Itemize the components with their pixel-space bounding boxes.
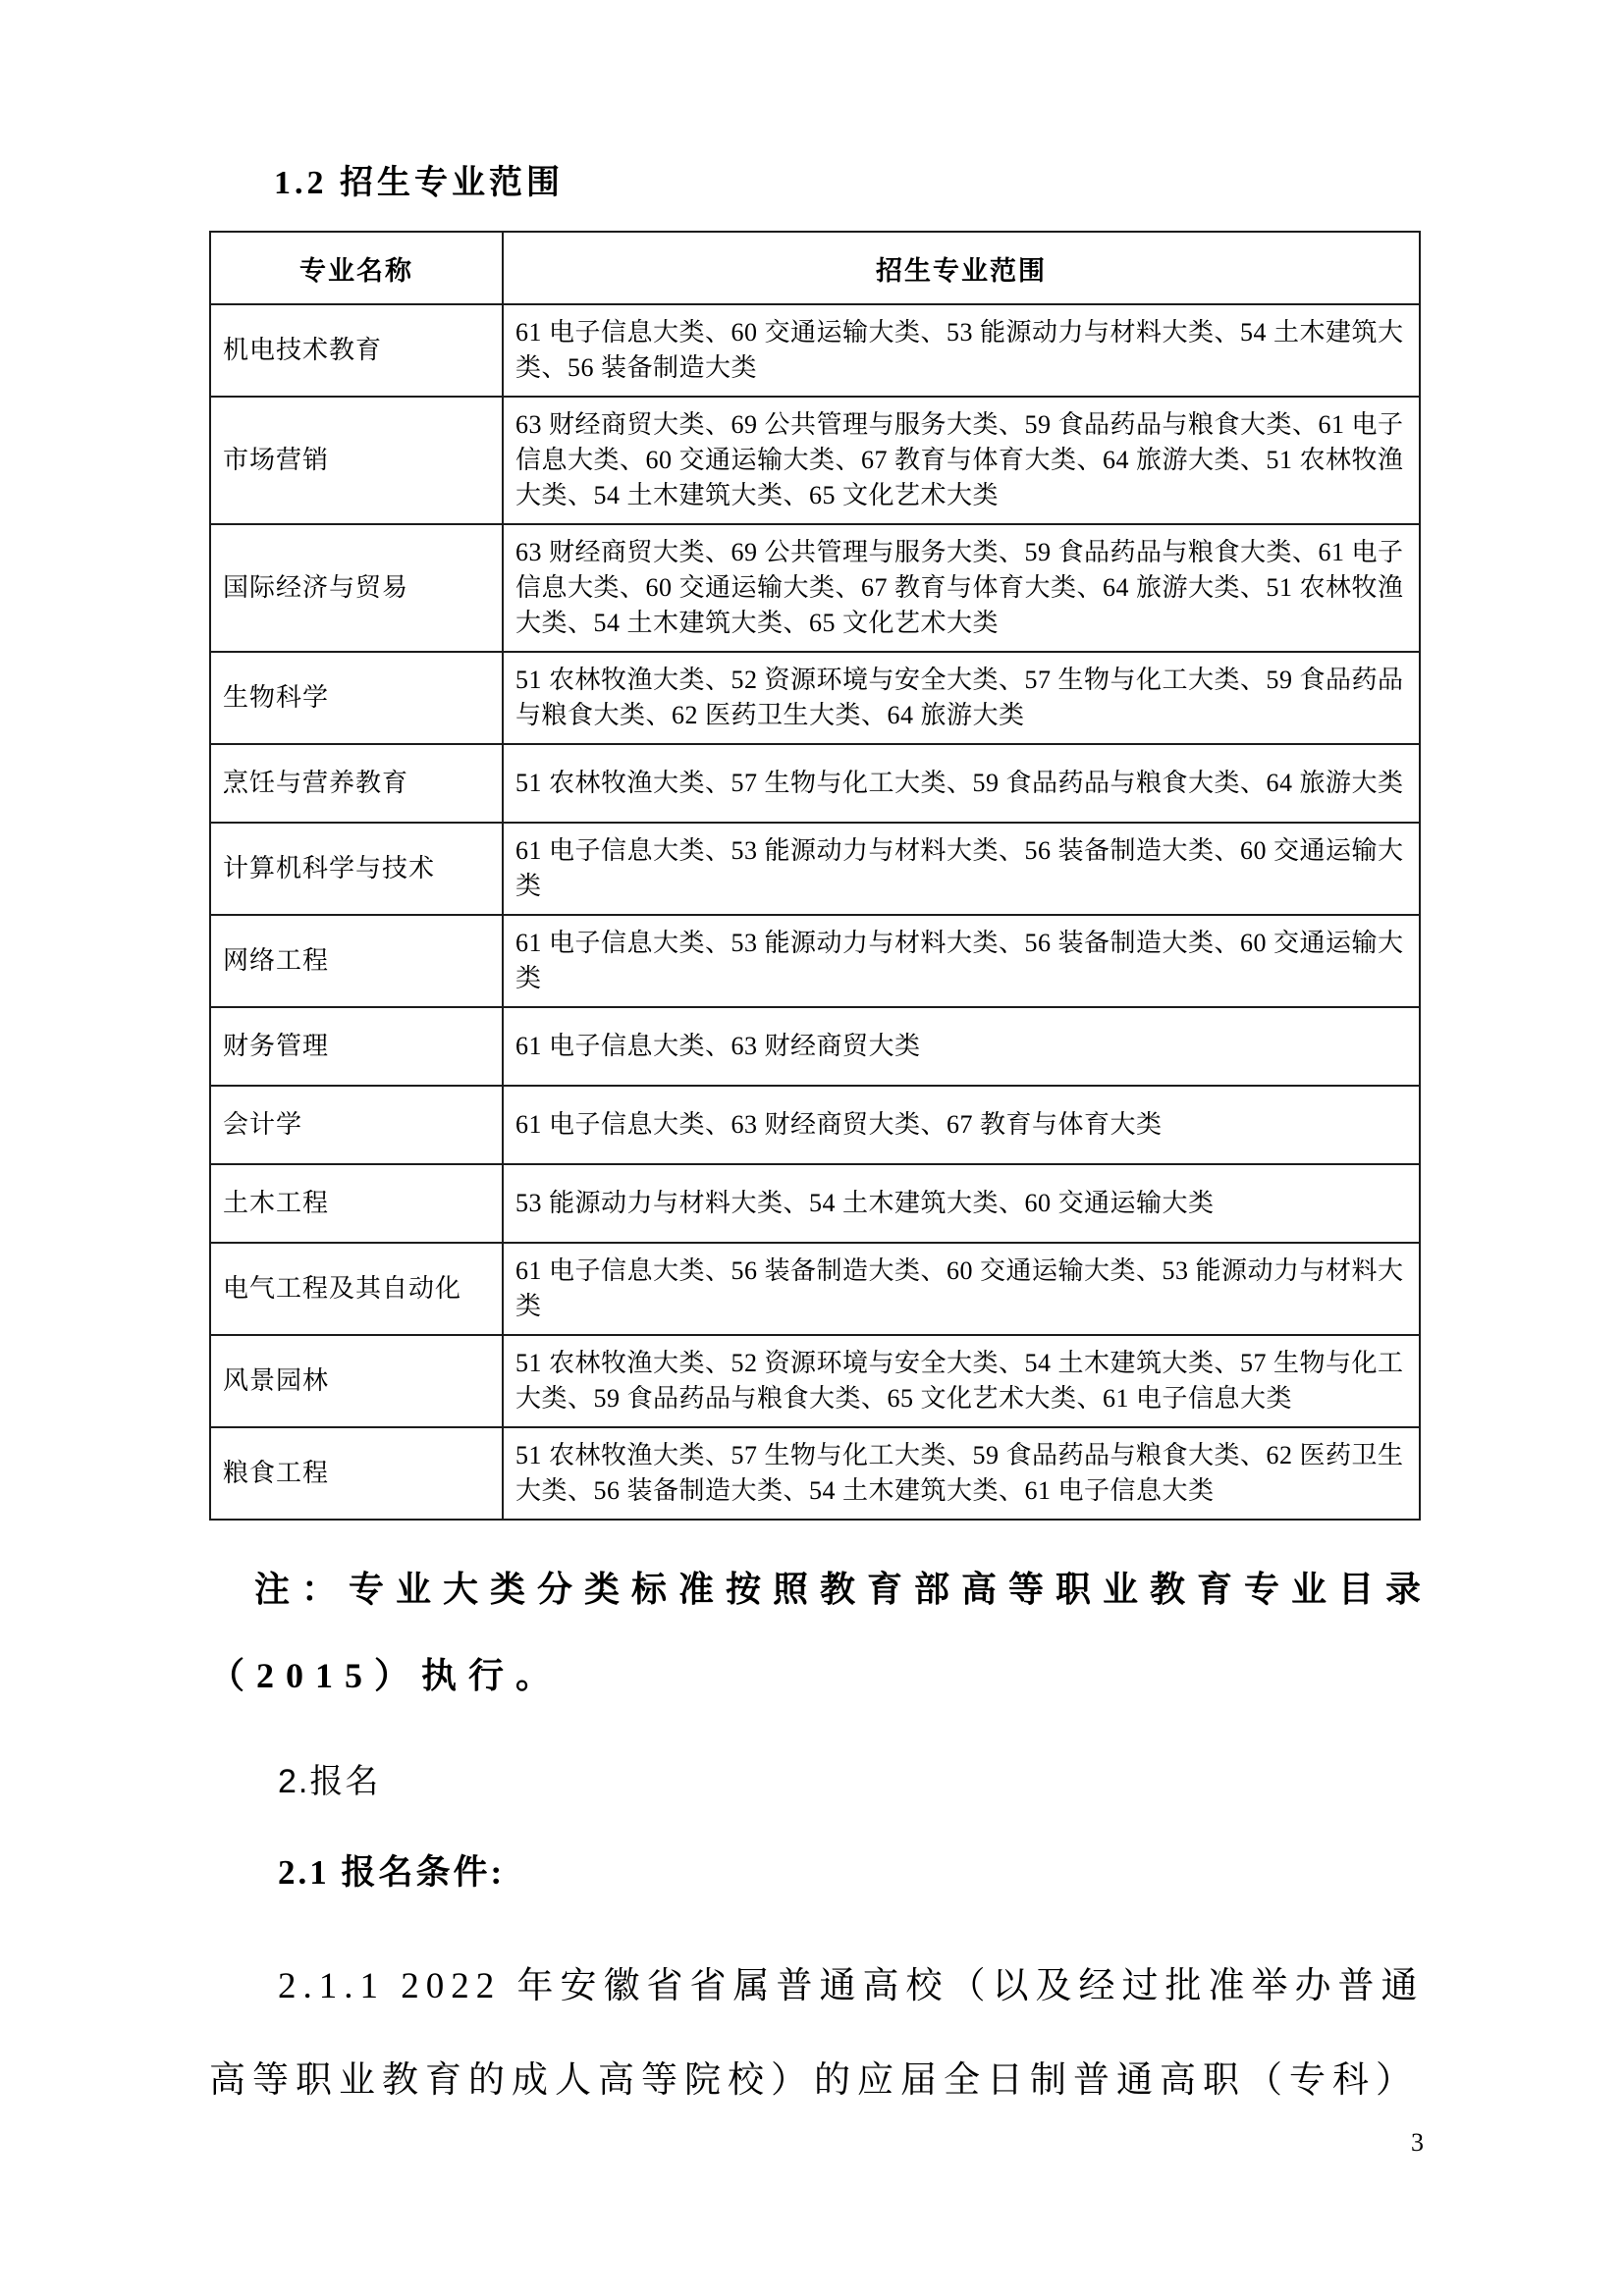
table-row: 粮食工程 51 农林牧渔大类、57 生物与化工大类、59 食品药品与粮食大类、6…: [210, 1427, 1420, 1520]
scope-cell: 61 电子信息大类、63 财经商贸大类: [503, 1007, 1420, 1086]
section-title: 1.2 招生专业范围: [209, 155, 1476, 203]
scope-cell: 51 农林牧渔大类、57 生物与化工大类、59 食品药品与粮食大类、62 医药卫…: [503, 1427, 1420, 1520]
table-row: 生物科学 51 农林牧渔大类、52 资源环境与安全大类、57 生物与化工大类、5…: [210, 652, 1420, 744]
scope-cell: 61 电子信息大类、53 能源动力与材料大类、56 装备制造大类、60 交通运输…: [503, 915, 1420, 1007]
major-cell: 财务管理: [210, 1007, 503, 1086]
major-cell: 计算机科学与技术: [210, 823, 503, 915]
major-cell: 机电技术教育: [210, 304, 503, 397]
scope-cell: 51 农林牧渔大类、57 生物与化工大类、59 食品药品与粮食大类、64 旅游大…: [503, 744, 1420, 823]
table-row: 风景园林 51 农林牧渔大类、52 资源环境与安全大类、54 土木建筑大类、57…: [210, 1335, 1420, 1427]
document-content: 1.2 招生专业范围 专业名称 招生专业范围 机电技术教育 61 电子信息大类、…: [209, 155, 1476, 2128]
section-heading-2: 2.报名: [209, 1754, 1476, 1802]
table-row: 土木工程 53 能源动力与材料大类、54 土木建筑大类、60 交通运输大类: [210, 1164, 1420, 1243]
scope-cell: 51 农林牧渔大类、52 资源环境与安全大类、54 土木建筑大类、57 生物与化…: [503, 1335, 1420, 1427]
table-row: 电气工程及其自动化 61 电子信息大类、56 装备制造大类、60 交通运输大类、…: [210, 1243, 1420, 1335]
table-row: 烹饪与营养教育 51 农林牧渔大类、57 生物与化工大类、59 食品药品与粮食大…: [210, 744, 1420, 823]
note-block: 注：专业大类分类标准按照教育部高等职业教育专业目录 （2015）执行。: [209, 1546, 1476, 1719]
header-major-name: 专业名称: [210, 232, 503, 304]
header-scope: 招生专业范围: [503, 232, 1420, 304]
table-header-row: 专业名称 招生专业范围: [210, 232, 1420, 304]
table-row: 国际经济与贸易 63 财经商贸大类、69 公共管理与服务大类、59 食品药品与粮…: [210, 524, 1420, 652]
note-line-2: （2015）执行。: [209, 1632, 1476, 1719]
major-cell: 网络工程: [210, 915, 503, 1007]
scope-cell: 63 财经商贸大类、69 公共管理与服务大类、59 食品药品与粮食大类、61 电…: [503, 397, 1420, 524]
table-row: 会计学 61 电子信息大类、63 财经商贸大类、67 教育与体育大类: [210, 1086, 1420, 1164]
major-cell: 烹饪与营养教育: [210, 744, 503, 823]
table-row: 网络工程 61 电子信息大类、53 能源动力与材料大类、56 装备制造大类、60…: [210, 915, 1420, 1007]
paragraph-2-1-1: 2.1.1 2022 年安徽省省属普通高校（以及经过批准举办普通 高等职业教育的…: [209, 1940, 1476, 2128]
paragraph-2-1-1-line-1: 2.1.1 2022 年安徽省省属普通高校（以及经过批准举办普通: [209, 1940, 1476, 2034]
scope-cell: 61 电子信息大类、63 财经商贸大类、67 教育与体育大类: [503, 1086, 1420, 1164]
page-number: 3: [1411, 2128, 1424, 2158]
note-line-1: 注：专业大类分类标准按照教育部高等职业教育专业目录: [209, 1546, 1476, 1632]
scope-cell: 51 农林牧渔大类、52 资源环境与安全大类、57 生物与化工大类、59 食品药…: [503, 652, 1420, 744]
major-cell: 电气工程及其自动化: [210, 1243, 503, 1335]
table-row: 计算机科学与技术 61 电子信息大类、53 能源动力与材料大类、56 装备制造大…: [210, 823, 1420, 915]
table-row: 市场营销 63 财经商贸大类、69 公共管理与服务大类、59 食品药品与粮食大类…: [210, 397, 1420, 524]
major-cell: 生物科学: [210, 652, 503, 744]
document-page: 1.2 招生专业范围 专业名称 招生专业范围 机电技术教育 61 电子信息大类、…: [0, 0, 1624, 2296]
major-cell: 国际经济与贸易: [210, 524, 503, 652]
scope-cell: 61 电子信息大类、56 装备制造大类、60 交通运输大类、53 能源动力与材料…: [503, 1243, 1420, 1335]
scope-cell: 53 能源动力与材料大类、54 土木建筑大类、60 交通运输大类: [503, 1164, 1420, 1243]
scope-cell: 61 电子信息大类、53 能源动力与材料大类、56 装备制造大类、60 交通运输…: [503, 823, 1420, 915]
major-cell: 市场营销: [210, 397, 503, 524]
scope-cell: 63 财经商贸大类、69 公共管理与服务大类、59 食品药品与粮食大类、61 电…: [503, 524, 1420, 652]
majors-table: 专业名称 招生专业范围 机电技术教育 61 电子信息大类、60 交通运输大类、5…: [209, 231, 1421, 1521]
scope-cell: 61 电子信息大类、60 交通运输大类、53 能源动力与材料大类、54 土木建筑…: [503, 304, 1420, 397]
section-heading-2-1: 2.1 报名条件:: [209, 1845, 1476, 1895]
major-cell: 会计学: [210, 1086, 503, 1164]
major-cell: 土木工程: [210, 1164, 503, 1243]
major-cell: 风景园林: [210, 1335, 503, 1427]
paragraph-2-1-1-line-2: 高等职业教育的成人高等院校）的应届全日制普通高职（专科）: [209, 2034, 1476, 2128]
major-cell: 粮食工程: [210, 1427, 503, 1520]
table-row: 机电技术教育 61 电子信息大类、60 交通运输大类、53 能源动力与材料大类、…: [210, 304, 1420, 397]
table-row: 财务管理 61 电子信息大类、63 财经商贸大类: [210, 1007, 1420, 1086]
